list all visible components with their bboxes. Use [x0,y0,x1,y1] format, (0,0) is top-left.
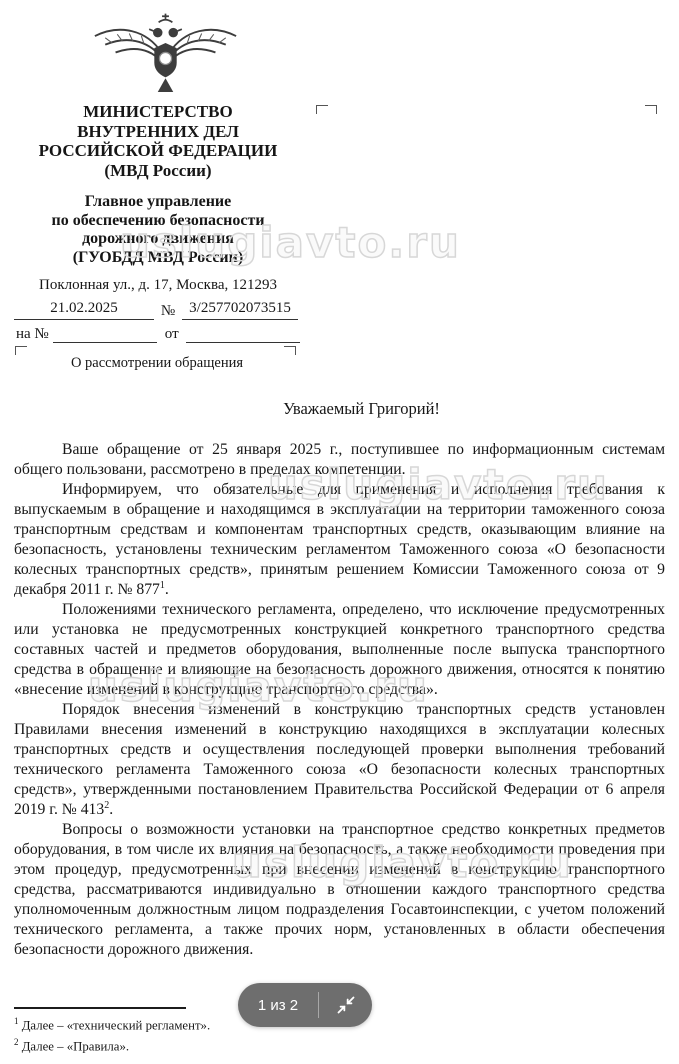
department-line: по обеспечению безопасности [8,212,308,231]
letter-page: uslugiavto.ru uslugiavto.ru uslugiavto.r… [0,0,679,1064]
paragraph-text: Ваше обращение от 25 января 2025 г., пос… [14,441,665,478]
corner-mark [316,105,328,114]
footnote-separator [14,1007,186,1009]
paragraph: Информируем, что обязательные для примен… [14,480,665,600]
department-line: (ГУОБДД МВД России) [8,249,308,268]
ministry-name: МИНИСТЕРСТВО ВНУТРЕННИХ ДЕЛ РОССИЙСКОЙ Ф… [8,102,308,180]
footnote: 1 Далее – «технический регламент». [14,1013,434,1034]
paragraph: Положениями технического регламента, опр… [14,600,665,700]
in-reply-row: на № от [14,322,300,343]
collapse-button[interactable] [319,995,372,1015]
department-line: дорожного движения [8,230,308,249]
ministry-line: РОССИЙСКОЙ ФЕДЕРАЦИИ [8,141,308,161]
footnotes: 1 Далее – «технический регламент». 2 Дал… [14,1013,434,1056]
paragraph: Ваше обращение от 25 января 2025 г., пос… [14,440,665,480]
number-sign: № [154,303,182,320]
corner-mark [15,346,27,355]
viewer-page-pill: 1 из 2 [238,983,372,1027]
ministry-line: (МВД России) [8,161,308,181]
paragraph-text: Положениями технического регламента, опр… [14,601,665,698]
ministry-line: МИНИСТЕРСТВО [8,102,308,122]
corner-mark [284,346,296,355]
collapse-arrows-icon [336,995,356,1015]
reference-block: 21.02.2025 № 3/257702073515 на № от [14,299,300,343]
footnote-marker: 2 [14,1037,19,1047]
footnote-text: Далее – «технический регламент». [22,1018,210,1032]
footnote-text: Далее – «Правила». [22,1040,129,1054]
corner-mark [645,105,657,114]
department-line: Главное управление [8,193,308,212]
letter-subject: О рассмотрении обращения [14,355,300,372]
org-address: Поклонная ул., д. 17, Москва, 121293 [8,277,308,294]
paragraph-text: Информируем, что обязательные для примен… [14,481,665,598]
greeting: Уважаемый Григорий! [44,399,679,419]
paragraph-text: . [165,581,169,598]
ministry-line: ВНУТРЕННИХ ДЕЛ [8,122,308,142]
letter-body: Ваше обращение от 25 января 2025 г., пос… [14,440,665,960]
page-indicator: 1 из 2 [238,997,318,1014]
paragraph: Вопросы о возможности установки на транс… [14,820,665,960]
paragraph-text: Вопросы о возможности установки на транс… [14,821,665,958]
footnote: 2 Далее – «Правила». [14,1034,434,1055]
department-name: Главное управление по обеспечению безопа… [8,193,308,267]
in-reply-date-blank [186,323,300,343]
org-header: МИНИСТЕРСТВО ВНУТРЕННИХ ДЕЛ РОССИЙСКОЙ Ф… [8,102,308,294]
in-reply-label: на № [14,326,53,343]
paragraph-text: . [109,801,113,818]
mvd-eagle-emblem [88,4,243,100]
letter-number: 3/257702073515 [182,300,298,320]
in-reply-number-blank [53,323,157,343]
from-label: от [157,326,186,343]
reference-number-row: 21.02.2025 № 3/257702073515 [14,299,300,320]
paragraph: Порядок внесения изменений в конструкцию… [14,700,665,820]
letter-date: 21.02.2025 [14,300,154,320]
footnote-marker: 1 [14,1016,19,1026]
